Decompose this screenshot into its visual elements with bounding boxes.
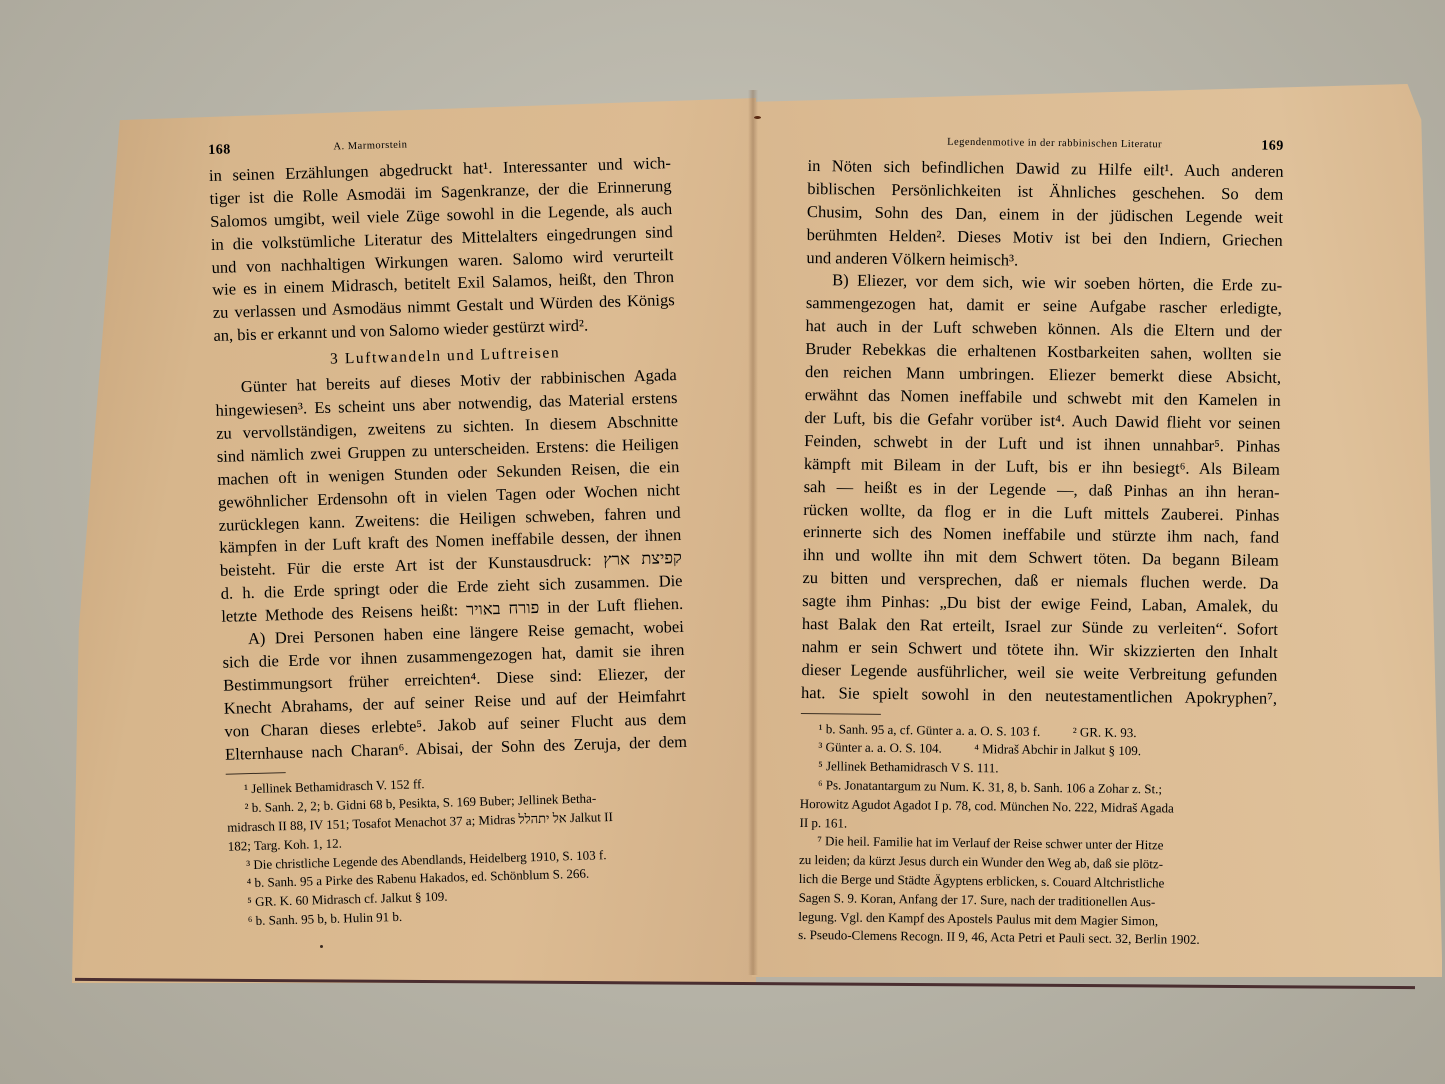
page-number-169: 169	[1261, 136, 1284, 159]
ink-speck	[320, 945, 323, 948]
footnote-divider	[801, 713, 881, 715]
book-spine	[748, 90, 758, 975]
spine-stain	[754, 116, 761, 119]
right-running-title: Legendenmotive in der rabbinischen Liter…	[947, 132, 1162, 158]
left-footnotes: ¹ Jellinek Bethamidrasch V. 152 ff. ² b.…	[226, 768, 692, 931]
body-line: hat. Sie spielt sowohl in den neutestame…	[801, 682, 1277, 711]
right-running-head: Legendenmotive in der rabbinischen Liter…	[808, 130, 1284, 159]
page-number-168: 168	[208, 139, 231, 163]
left-running-title: A. Marmorstein	[333, 134, 408, 159]
right-footnotes: ¹ b. Sanh. 95 a, cf. Günter a. a. O. S. …	[798, 720, 1277, 951]
right-page-text: Legendenmotive in der rabbinischen Liter…	[798, 130, 1284, 951]
footnote-divider	[226, 773, 286, 776]
left-page-text: 168 A. Marmorstein in seinen Erzählungen…	[208, 127, 692, 931]
